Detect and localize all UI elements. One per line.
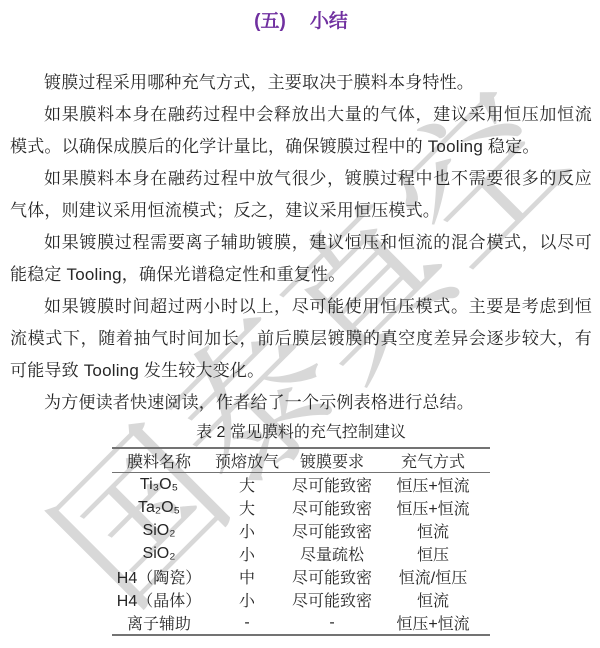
table-cell: 恒流 <box>376 588 490 611</box>
table-cell: SiO₂ <box>112 519 206 542</box>
paragraph: 如果镀膜时间超过两小时以上，尽可能使用恒压模式。主要是考虑到恒流模式下，随着抽气… <box>10 291 592 387</box>
table-cell: 大 <box>206 473 288 497</box>
table-cell: 恒流 <box>376 519 490 542</box>
table-cell: 恒流/恒压 <box>376 565 490 588</box>
table-caption: 表 2 常见膜料的充气控制建议 <box>10 419 592 447</box>
paragraph: 如果镀膜过程需要离子辅助镀膜，建议恒压和恒流的混合模式，以尽可能稳定 Tooli… <box>10 227 592 291</box>
table-row: Ta₂O₅大尽可能致密恒压+恒流 <box>112 496 490 519</box>
table-cell: 尽可能致密 <box>288 519 376 542</box>
document-content: (五)小结 镀膜过程采用哪种充气方式，主要取决于膜料本身特性。 如果膜料本身在融… <box>0 0 600 636</box>
table-cell: 小 <box>206 519 288 542</box>
table-cell: 恒压 <box>376 542 490 565</box>
column-header: 镀膜要求 <box>288 448 376 473</box>
column-header: 预熔放气 <box>206 448 288 473</box>
paragraph: 为方便读者快速阅读，作者给了一个示例表格进行总结。 <box>10 387 592 419</box>
data-table: 膜料名称 预熔放气 镀膜要求 充气方式 Ti₃O₅大尽可能致密恒压+恒流Ta₂O… <box>112 447 490 636</box>
table-cell: 小 <box>206 588 288 611</box>
document-page: 国泰真空 (五)小结 镀膜过程采用哪种充气方式，主要取决于膜料本身特性。 如果膜… <box>0 0 600 648</box>
table-cell: 尽可能致密 <box>288 565 376 588</box>
table-cell: - <box>288 611 376 635</box>
table-cell: 大 <box>206 496 288 519</box>
table-row: 离子辅助--恒压+恒流 <box>112 611 490 635</box>
table-cell: 尽可能致密 <box>288 588 376 611</box>
table-cell: 恒压+恒流 <box>376 611 490 635</box>
table-row: SiO₂小尽量疏松恒压 <box>112 542 490 565</box>
table-cell: 尽可能致密 <box>288 473 376 497</box>
table-cell: H4（陶瓷） <box>112 565 206 588</box>
table-cell: 恒压+恒流 <box>376 473 490 497</box>
table-cell: Ta₂O₅ <box>112 496 206 519</box>
table-cell: 中 <box>206 565 288 588</box>
table-row: H4（陶瓷）中尽可能致密恒流/恒压 <box>112 565 490 588</box>
section-title-text: 小结 <box>310 11 348 32</box>
paragraph: 镀膜过程采用哪种充气方式，主要取决于膜料本身特性。 <box>10 67 592 99</box>
table-cell: 尽量疏松 <box>288 542 376 565</box>
table-cell: - <box>206 611 288 635</box>
table-cell: H4（晶体） <box>112 588 206 611</box>
table-cell: SiO₂ <box>112 542 206 565</box>
table-header-row: 膜料名称 预熔放气 镀膜要求 充气方式 <box>112 448 490 473</box>
table-cell: 离子辅助 <box>112 611 206 635</box>
section-title: (五)小结 <box>10 10 592 34</box>
table-row: H4（晶体）小尽可能致密恒流 <box>112 588 490 611</box>
column-header: 充气方式 <box>376 448 490 473</box>
paragraph: 如果膜料本身在融药过程中放气很少，镀膜过程中也不需要很多的反应气体，则建议采用恒… <box>10 163 592 227</box>
table-cell: 尽可能致密 <box>288 496 376 519</box>
table-row: Ti₃O₅大尽可能致密恒压+恒流 <box>112 473 490 497</box>
paragraph: 如果膜料本身在融药过程中会释放出大量的气体，建议采用恒压加恒流模式。以确保成膜后… <box>10 99 592 163</box>
column-header: 膜料名称 <box>112 448 206 473</box>
table-cell: 小 <box>206 542 288 565</box>
table-row: SiO₂小尽可能致密恒流 <box>112 519 490 542</box>
table-cell: Ti₃O₅ <box>112 473 206 497</box>
table-cell: 恒压+恒流 <box>376 496 490 519</box>
section-number: (五) <box>254 11 286 32</box>
